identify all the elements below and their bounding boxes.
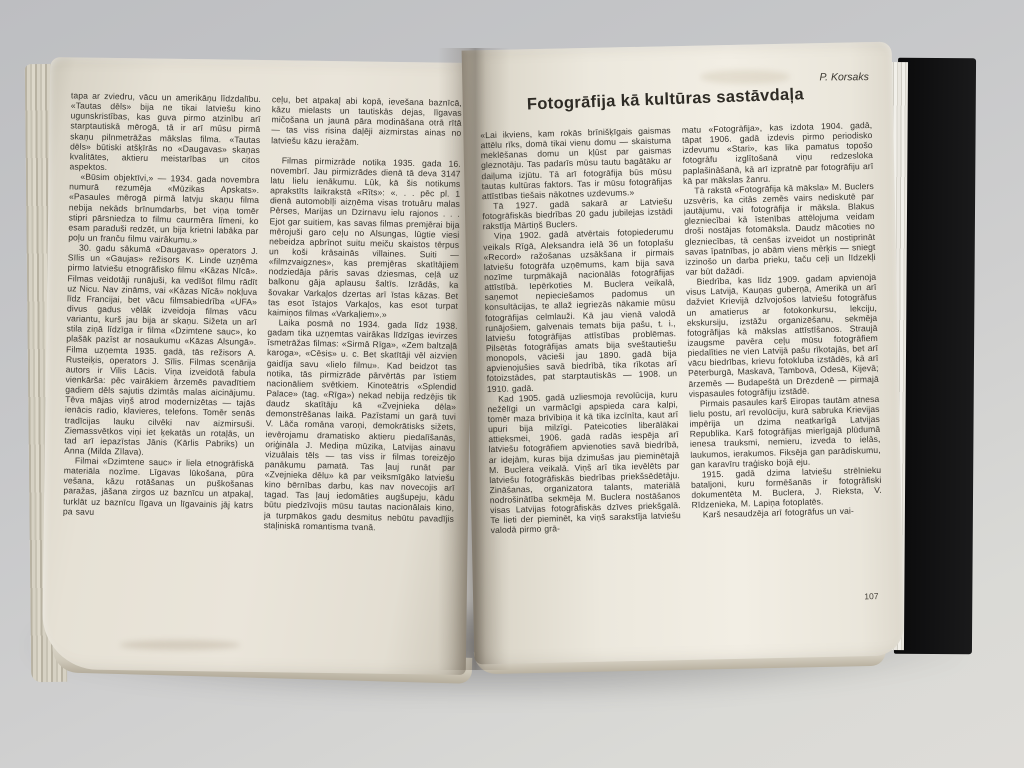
paragraph: Biedrība, kas līdz 1909. gadam apvienoja…: [686, 272, 880, 399]
text-column: matu «Fotogrāfija», kas izdota 1904. gad…: [682, 120, 884, 581]
text-column: tapa ar zviedru, vācu un amerikāņu līdzd…: [61, 90, 261, 602]
paragraph: Filmas pirmizrāde notika 1935. gada 16. …: [268, 155, 461, 321]
paragraph: matu «Fotogrāfija», kas izdota 1904. gad…: [682, 120, 874, 186]
paragraph: Laika posmā no 1934. gada līdz 1938. gad…: [264, 317, 458, 534]
paragraph: «Lai ikviens, kam rokās brīnišķīgais gai…: [480, 125, 672, 201]
paragraph: Pirmais pasaules karš Eiropas tautām atn…: [689, 394, 881, 470]
paragraph: tapa ar zviedru, vācu un amerikāņu līdzd…: [70, 90, 262, 175]
left-page-content: tapa ar zviedru, vācu un amerikāņu līdzd…: [42, 57, 475, 606]
left-page-columns: tapa ar zviedru, vācu un amerikāņu līdzd…: [61, 90, 462, 605]
right-page: P. Korsaks Fotogrāfija kā kultūras sastā…: [462, 42, 905, 665]
article-title: Fotogrāfija kā kultūras sastāvdaļa: [489, 84, 841, 116]
paper-stain: [120, 640, 240, 650]
paragraph: Tā 1927. gadā sakarā ar Latviešu fotogrā…: [482, 196, 673, 231]
right-page-content: P. Korsaks Fotogrāfija kā kultūras sastā…: [462, 42, 905, 640]
left-page: tapa ar zviedru, vācu un amerikāņu līdzd…: [42, 57, 475, 675]
paragraph: 30. gadu sākumā «Daugavas» operators J. …: [64, 242, 258, 459]
article-author: P. Korsaks: [479, 71, 869, 85]
paragraph: ceļu, bet atpakaļ abi kopā, ievešana baz…: [271, 94, 462, 148]
text-column: ceļu, bet atpakaļ abi kopā, ievešana baz…: [262, 94, 462, 606]
paragraph: Kad 1905. gadā uzliesmoja revolūcija, ku…: [487, 389, 681, 536]
open-book-photo: tapa ar zviedru, vācu un amerikāņu līdzd…: [0, 0, 1024, 768]
paragraph: Filmai «Dzimtene sauc» ir liela etnogrāf…: [63, 455, 254, 519]
paper-stain: [700, 70, 790, 84]
right-page-columns: «Lai ikviens, kam rokās brīnišķīgais gai…: [480, 120, 884, 586]
page-number: 107: [864, 591, 878, 601]
paragraph: Tā rakstā «Fotogrāfija kā māksla» M. Buc…: [683, 181, 876, 277]
paragraph: Viņa 1902. gadā atvērtais fotopiederumu …: [483, 227, 678, 394]
text-column: «Lai ikviens, kam rokās brīnišķīgais gai…: [480, 125, 682, 586]
paragraph: «Būsim objektīvi,» — 1934. gada novembra…: [68, 171, 259, 246]
paragraph: 1915. gadā dzima latviešu strēlnieku bat…: [691, 465, 882, 511]
